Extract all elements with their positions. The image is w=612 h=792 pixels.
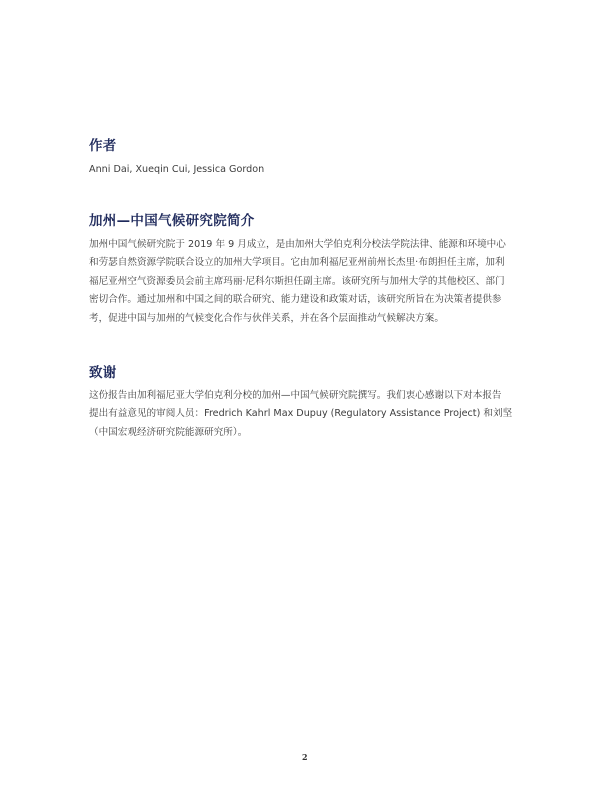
acknowledgements-line: 这份报告由加利福尼亚大学伯克利分校的加州—中国气候研究院撰写。我们衷心感谢以下对…	[89, 387, 529, 405]
authors-heading: 作者	[89, 134, 117, 154]
intro-line: 和劳瑟自然资源学院联合设立的加州大学项目。它由加利福尼亚州前州长杰里·布朗担任主…	[89, 254, 529, 272]
authors-text: Anni Dai, Xueqin Cui, Jessica Gordon	[89, 161, 529, 179]
acknowledgements-paragraph: 这份报告由加利福尼亚大学伯克利分校的加州—中国气候研究院撰写。我们衷心感谢以下对…	[89, 387, 529, 442]
intro-line: 加州中国气候研究院于 2019 年 9 月成立，是由加州大学伯克利分校法学院法律…	[89, 236, 529, 254]
acknowledgements-heading: 致谢	[89, 361, 117, 381]
document-page: 作者 Anni Dai, Xueqin Cui, Jessica Gordon …	[0, 0, 612, 792]
page-number: 2	[302, 752, 308, 762]
intro-paragraph: 加州中国气候研究院于 2019 年 9 月成立，是由加州大学伯克利分校法学院法律…	[89, 236, 529, 328]
authors-list: Anni Dai, Xueqin Cui, Jessica Gordon	[89, 161, 529, 179]
intro-line: 福尼亚州空气资源委员会前主席玛丽·尼科尔斯担任副主席。该研究所与加州大学的其他校…	[89, 273, 529, 291]
intro-heading: 加州—中国气候研究院简介	[89, 209, 255, 229]
intro-line: 考，促进中国与加州的气候变化合作与伙伴关系，并在各个层面推动气候解决方案。	[89, 310, 529, 328]
intro-line: 密切合作。通过加州和中国之间的联合研究、能力建设和政策对话，该研究所旨在为决策者…	[89, 291, 529, 309]
acknowledgements-line: 提出有益意见的审阅人员：Fredrich Kahrl Max Dupuy (Re…	[89, 405, 529, 423]
acknowledgements-line: （中国宏观经济研究院能源研究所）。	[89, 424, 529, 442]
